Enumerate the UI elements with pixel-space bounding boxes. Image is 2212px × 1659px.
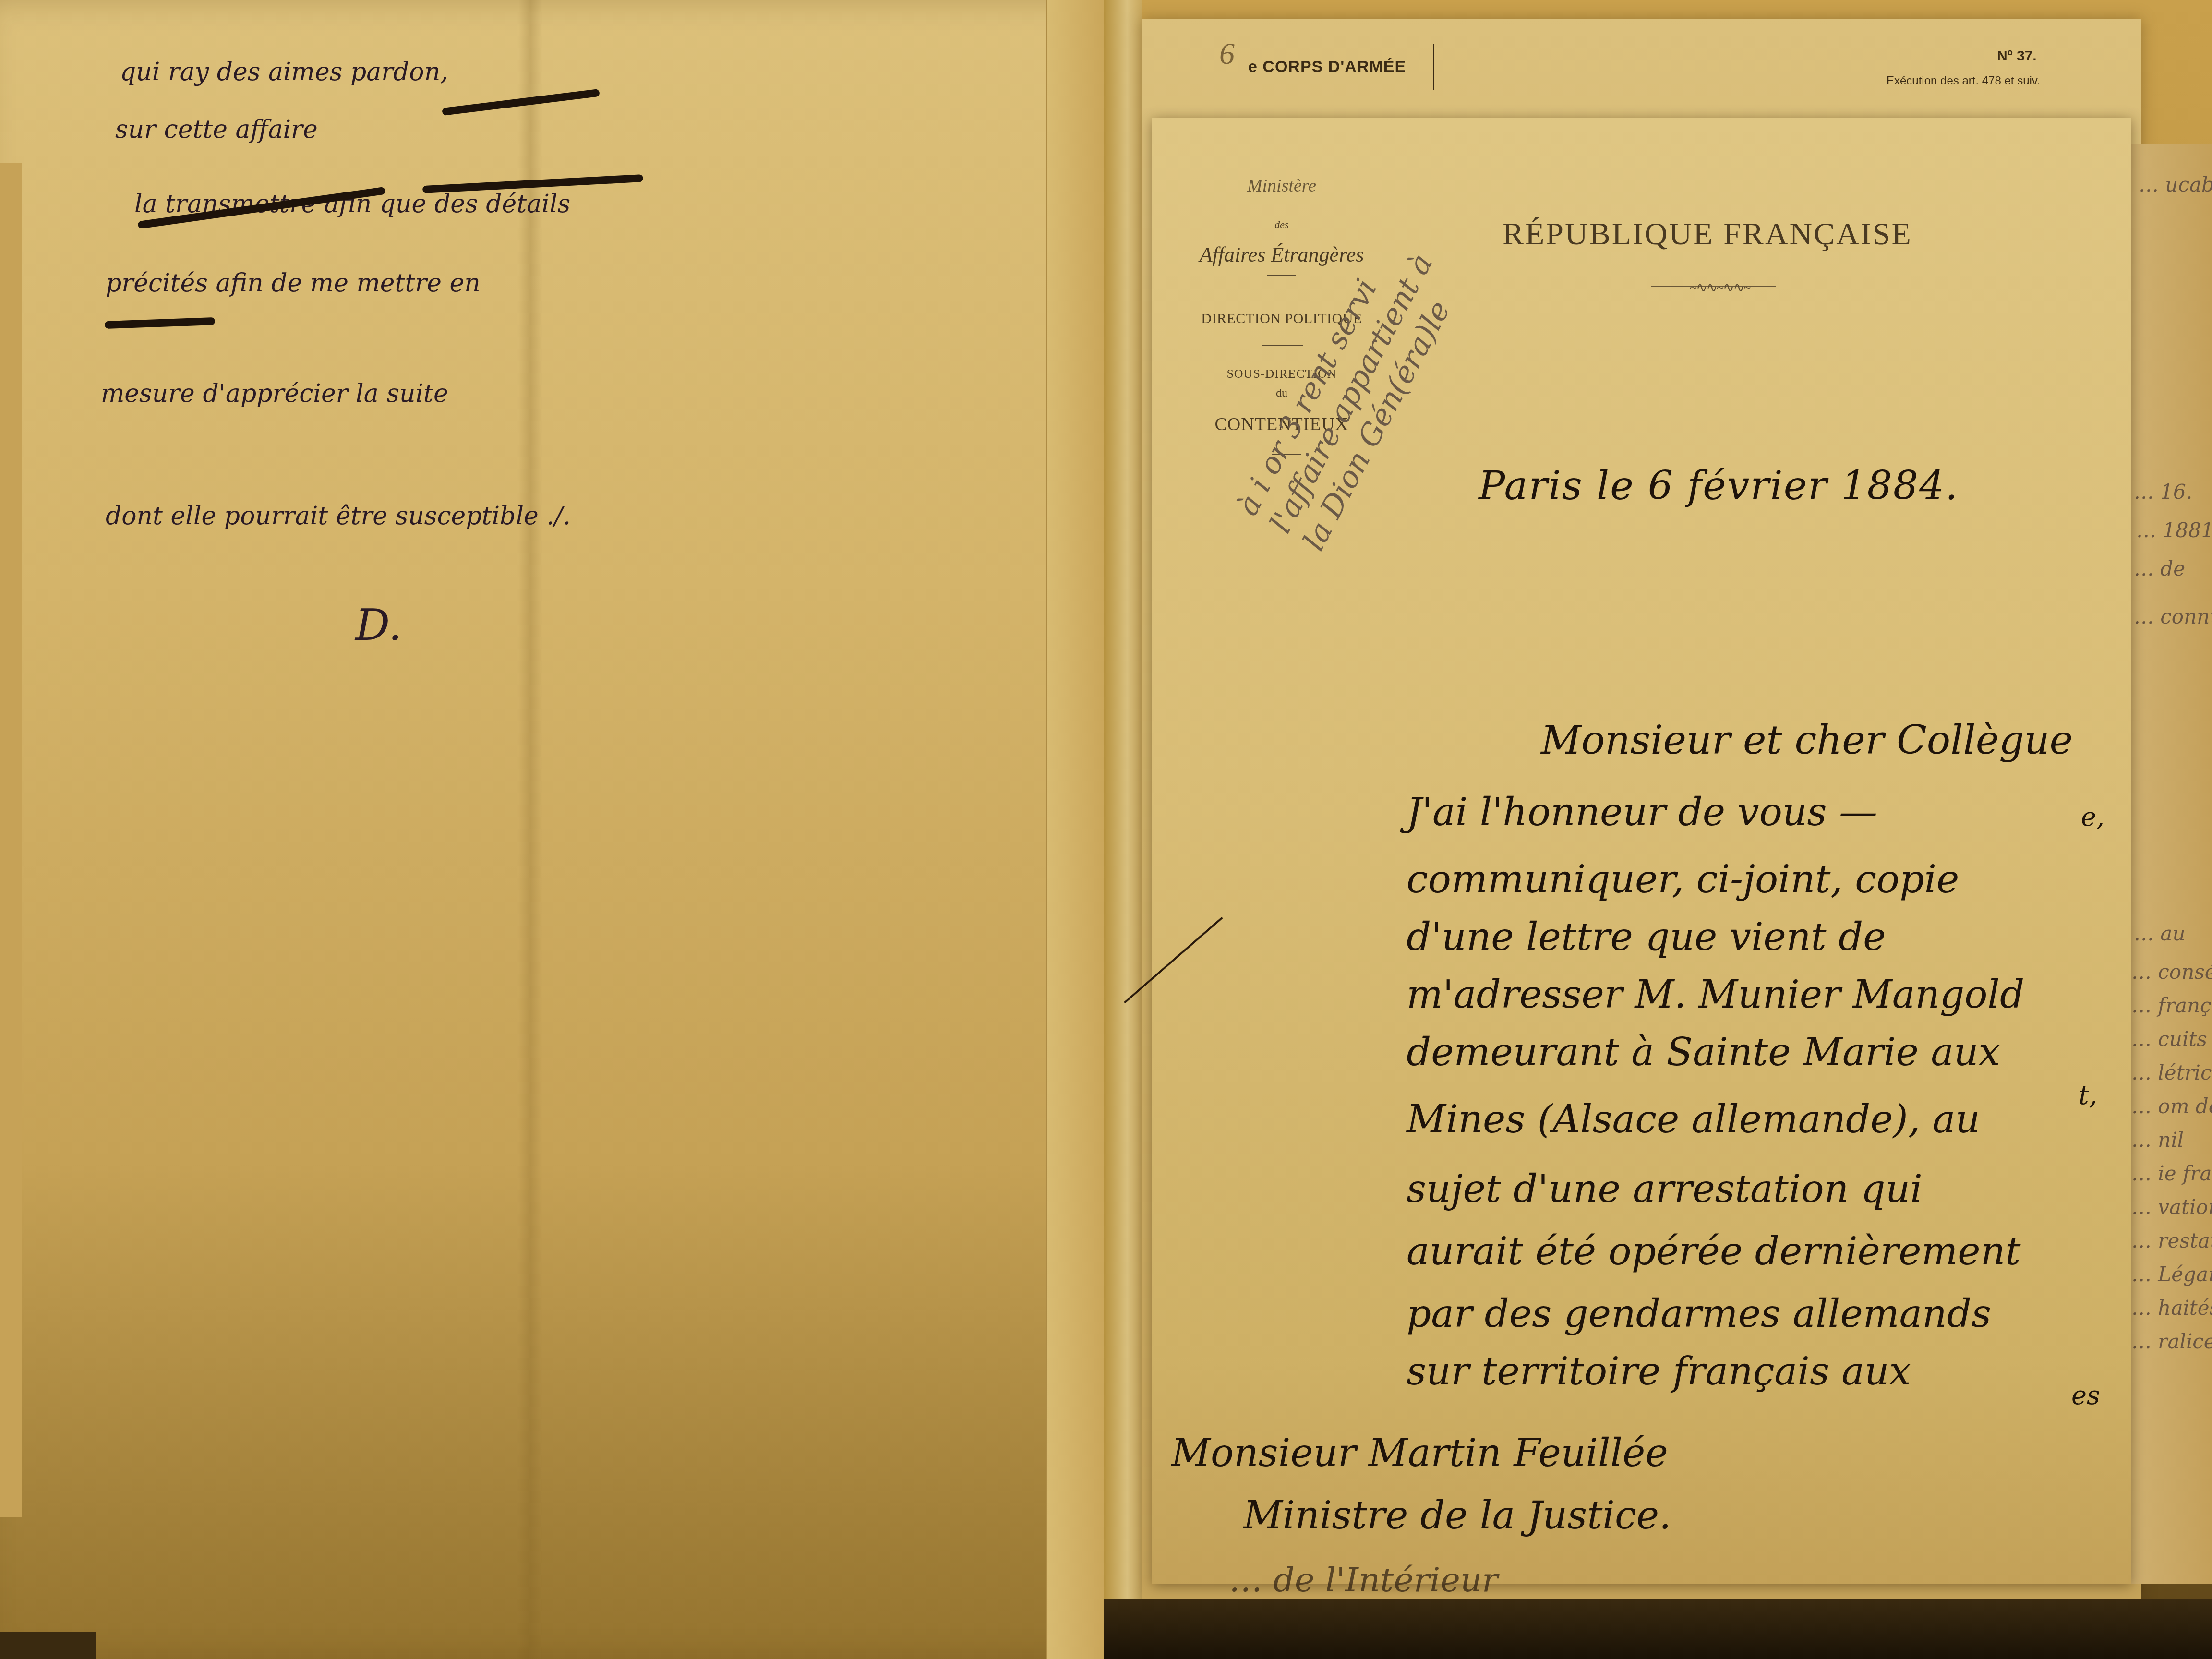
fragment: … ie franc [2131,1162,2212,1185]
letter-body-line: sujet d'une arrestation qui [1407,1166,1923,1211]
draft-page [0,0,1104,1659]
underlying-page-text: … de l'Intérieur [1229,1560,1498,1599]
page-fold-crease [518,0,542,1659]
form-description: Exécution des art. 478 et suiv. [1887,74,2040,88]
letter-body-line: communiquer, ci-joint, copie [1407,857,1959,902]
fragment: … 1881 [2136,518,2212,542]
corps-number: 6 [1219,36,1235,72]
letter-salutation: Monsieur et cher Collègue [1541,718,2073,763]
form-number: Nº 37. [1997,48,2037,64]
letter-body-line: demeurant à Sainte Marie aux [1407,1030,2000,1074]
ornament-flourish-icon: ~∿∿~∿∿~ [1690,279,1750,296]
letterhead-affaires-etrangeres: Affaires Étrangères [1186,242,1378,267]
fragment: … au [2134,922,2185,945]
letter-body-line: sur territoire français aux [1407,1349,1911,1394]
fragment: … cuits d [2131,1027,2212,1051]
margin-correction: t, [2079,1080,2097,1110]
fragment: … de [2134,557,2185,580]
draft-line-6: dont elle pourrait être susceptible ./. [106,502,571,530]
bottom-corner-shadow [0,1632,96,1659]
letter-body-line: d'une lettre que vient de [1407,914,1886,959]
fragment: … nil [2131,1128,2184,1152]
page-edge-strip [1046,0,1105,1659]
letterhead-rule [1267,275,1296,276]
fragment: … ralice [2131,1330,2212,1353]
letterhead-rule [1262,345,1303,346]
letterhead-des: des [1219,218,1344,231]
draft-line-2: sur cette affaire [115,115,318,144]
fragment: … restation [2131,1229,2212,1252]
letter-body-line: m'adresser M. Munier Mangold [1407,972,2024,1017]
fragment: … Légard [2131,1262,2212,1286]
initials-signature: D. [355,600,402,650]
ornament-divider: ~∿∿~∿∿~ [1651,283,1776,290]
fragment: … haités [2131,1296,2212,1320]
draft-line-5: mesure d'apprécier la suite [101,379,448,408]
fragment: … connu [2134,605,2212,628]
margin-correction: es [2071,1380,2100,1410]
letter-body-line: J'ai l'honneur de vous — [1407,790,1877,834]
fragment: … 16. [2134,480,2192,504]
draft-line-1: qui ray des aimes pardon, [120,58,448,86]
letter-body-line: aurait été opérée dernièrement [1407,1229,2020,1274]
page-edge-tab [0,163,22,1517]
fragment: … om de [2131,1094,2212,1118]
corps-label: e CORPS D'ARMÉE [1248,58,1406,76]
letter-body-line: par des gendarmes allemands [1407,1291,1991,1336]
addressee-title: Ministre de la Justice. [1243,1493,1671,1538]
letter-date: Paris le 6 février 1884. [1479,463,1959,509]
letterhead-republique-francaise: RÉPUBLIQUE FRANÇAISE [1503,216,1983,252]
letterhead-ministere: Ministère [1219,175,1344,196]
addressee-name: Monsieur Martin Feuillée [1171,1431,1668,1475]
binding-spine [1104,0,1142,1659]
header-divider [1433,44,1434,90]
fragment: … franç [2131,994,2212,1017]
bottom-shadow [1104,1599,2212,1659]
right-edge-documents: … ucable … 16. … 1881 … de … connu … au … [2131,144,2212,1584]
fragment: … ucable [2139,173,2212,196]
fragment: … conséil [2131,960,2212,984]
fragment: … vations [2131,1195,2212,1219]
draft-line-4: précités afin de me mettre en [106,269,481,298]
letter-body-line: Mines (Alsace allemande), au [1407,1097,1980,1142]
fragment: … létrics [2131,1061,2212,1084]
margin-correction: e, [2081,802,2104,832]
